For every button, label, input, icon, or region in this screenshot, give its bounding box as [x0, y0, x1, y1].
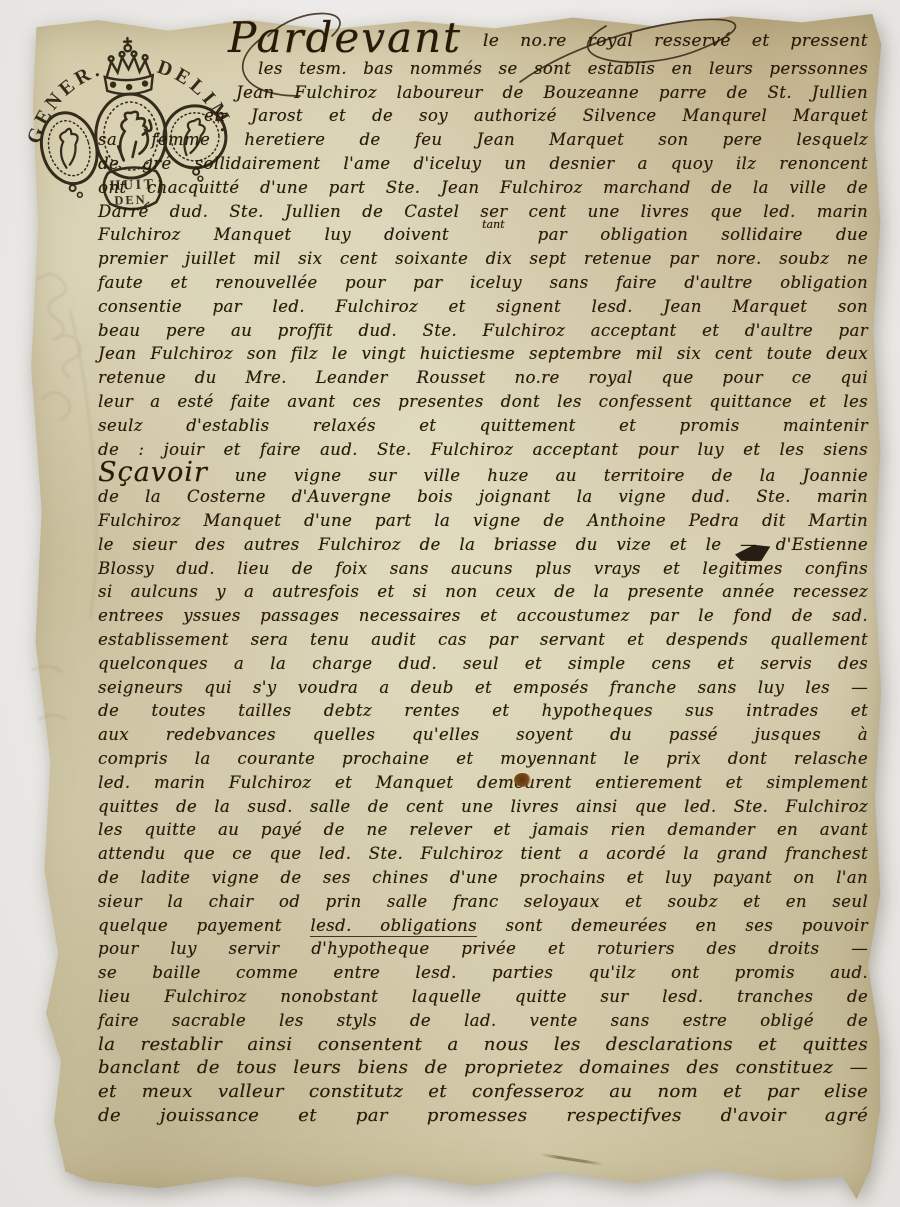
photo-backdrop: GENER. DELIM.: [0, 0, 900, 1207]
manuscript-line: retenue du Mre. Leander Rousset no.re ro…: [98, 367, 868, 391]
manuscript-line: les quitte au payé de ne relever et jama…: [98, 819, 868, 843]
manuscript-line: et meux valleur constitutz et confessero…: [98, 1081, 868, 1105]
manuscript-line: seulz d'establis relaxés et quittement e…: [98, 415, 868, 439]
manuscript-line: de toutes tailles debtz rentes et hypoth…: [98, 700, 868, 724]
manuscript-line: Blossy dud. lieu de foix sans aucuns plu…: [98, 558, 868, 582]
manuscript-segment: le no.re royal resservé et pressent: [462, 31, 868, 51]
manuscript-line: seigneurs qui s'y voudra a deub et empos…: [98, 677, 868, 701]
manuscript-line: Pardevant le no.re royal resservé et pre…: [228, 18, 868, 42]
manuscript-line: Sçavoir une vigne sur ville huze au terr…: [98, 462, 868, 486]
manuscript-segment: sont demeurées en ses pouvoir: [477, 916, 868, 935]
manuscript-line: les tesm. bas nommés se sont establis en…: [258, 58, 868, 82]
manuscript-line: consentie par led. Fulchiroz et signent …: [98, 296, 868, 320]
manuscript-line: si aulcuns y a autresfois et si non ceux…: [98, 581, 868, 605]
manuscript-line: pour luy servir d'hypotheque privée et r…: [98, 938, 868, 962]
manuscript-line: led. marin Fulchiroz et Manquet demeuren…: [98, 772, 868, 796]
manuscript-line: compris la courante prochaine et moyenna…: [98, 748, 868, 772]
manuscript-segment: Pardevant: [228, 13, 462, 62]
manuscript-line: leur a esté faite avant ces presentes do…: [98, 391, 868, 415]
manuscript-segment: Sçavoir: [98, 457, 208, 488]
manuscript-line: ont chacquitté d'une part Ste. Jean Fulc…: [98, 177, 868, 201]
manuscript-line: se baille comme entre lesd. parties qu'i…: [98, 962, 868, 986]
manuscript-segment: quelque payement: [98, 916, 310, 935]
manuscript-line: sa femme heretiere de feu Jean Marquet s…: [98, 129, 868, 153]
manuscript-line: de jouissance et par promesses respectif…: [98, 1105, 868, 1129]
manuscript-segment: une vigne sur ville huze au territoire d…: [208, 466, 868, 485]
manuscript-line: banclant de tous leurs biens de propriet…: [98, 1057, 868, 1081]
manuscript-line: quelconques a la charge dud. seul et sim…: [98, 653, 868, 677]
manuscript-line: de la Costerne d'Auvergne bois joignant …: [98, 486, 868, 510]
manuscript-line: sieur la chair od prin salle franc seloy…: [98, 891, 868, 915]
manuscript-line: attendu que ce que led. Ste. Fulchiroz t…: [98, 843, 868, 867]
manuscript-line: de : jouir et faire aud. Ste. Fulchiroz …: [98, 439, 868, 463]
manuscript-line: faute et renouvellée pour par iceluy san…: [98, 272, 868, 296]
manuscript-line: Jean Fulchiroz laboureur de Bouzeanne pa…: [236, 82, 868, 106]
manuscript-segment: Fulchiroz Manquet luy doivent: [98, 225, 482, 244]
manuscript-segment: tant: [482, 214, 504, 236]
paper-stain: [514, 773, 531, 787]
manuscript-line: de ladite vigne de ses chines d'une proc…: [98, 867, 868, 891]
manuscript-line: aux redebvances quelles qu'elles soyent …: [98, 724, 868, 748]
manuscript-line: beau pere au proffit dud. Ste. Fulchiroz…: [98, 320, 868, 344]
manuscript-line: premier juillet mil six cent soixante di…: [98, 248, 868, 272]
manuscript-line: establissement sera tenu audit cas par s…: [98, 629, 868, 653]
manuscript-line: de gré sollidairement l'ame d'iceluy un …: [98, 153, 868, 177]
manuscript-line: entrees yssues passages necessaires et a…: [98, 605, 868, 629]
manuscript-line: la restablir ainsi consentent a nous les…: [98, 1034, 868, 1058]
manuscript-line: en Jarost et de soy authorizé Silvence M…: [204, 105, 868, 129]
manuscript-line: lieu Fulchiroz nonobstant laquelle quitt…: [98, 986, 868, 1010]
manuscript-line: quelque payement lesd. obligations sont …: [98, 915, 868, 939]
manuscript-line: Fulchiroz Manquet d'une part la vigne de…: [98, 510, 868, 534]
manuscript-line: Fulchiroz Manquet luy doivent tant par o…: [98, 224, 868, 248]
manuscript-line: quittes de la susd. salle de cent une li…: [98, 796, 868, 820]
manuscript-line: Jean Fulchiroz son filz le vingt huictie…: [98, 343, 868, 367]
manuscript-text: Pardevant le no.re royal resservé et pre…: [0, 0, 900, 1207]
manuscript-segment: par obligation sollidaire due: [505, 225, 868, 244]
manuscript-line: faire sacrable les styls de lad. vente s…: [98, 1010, 868, 1034]
manuscript-segment: lesd. obligations: [310, 916, 477, 937]
